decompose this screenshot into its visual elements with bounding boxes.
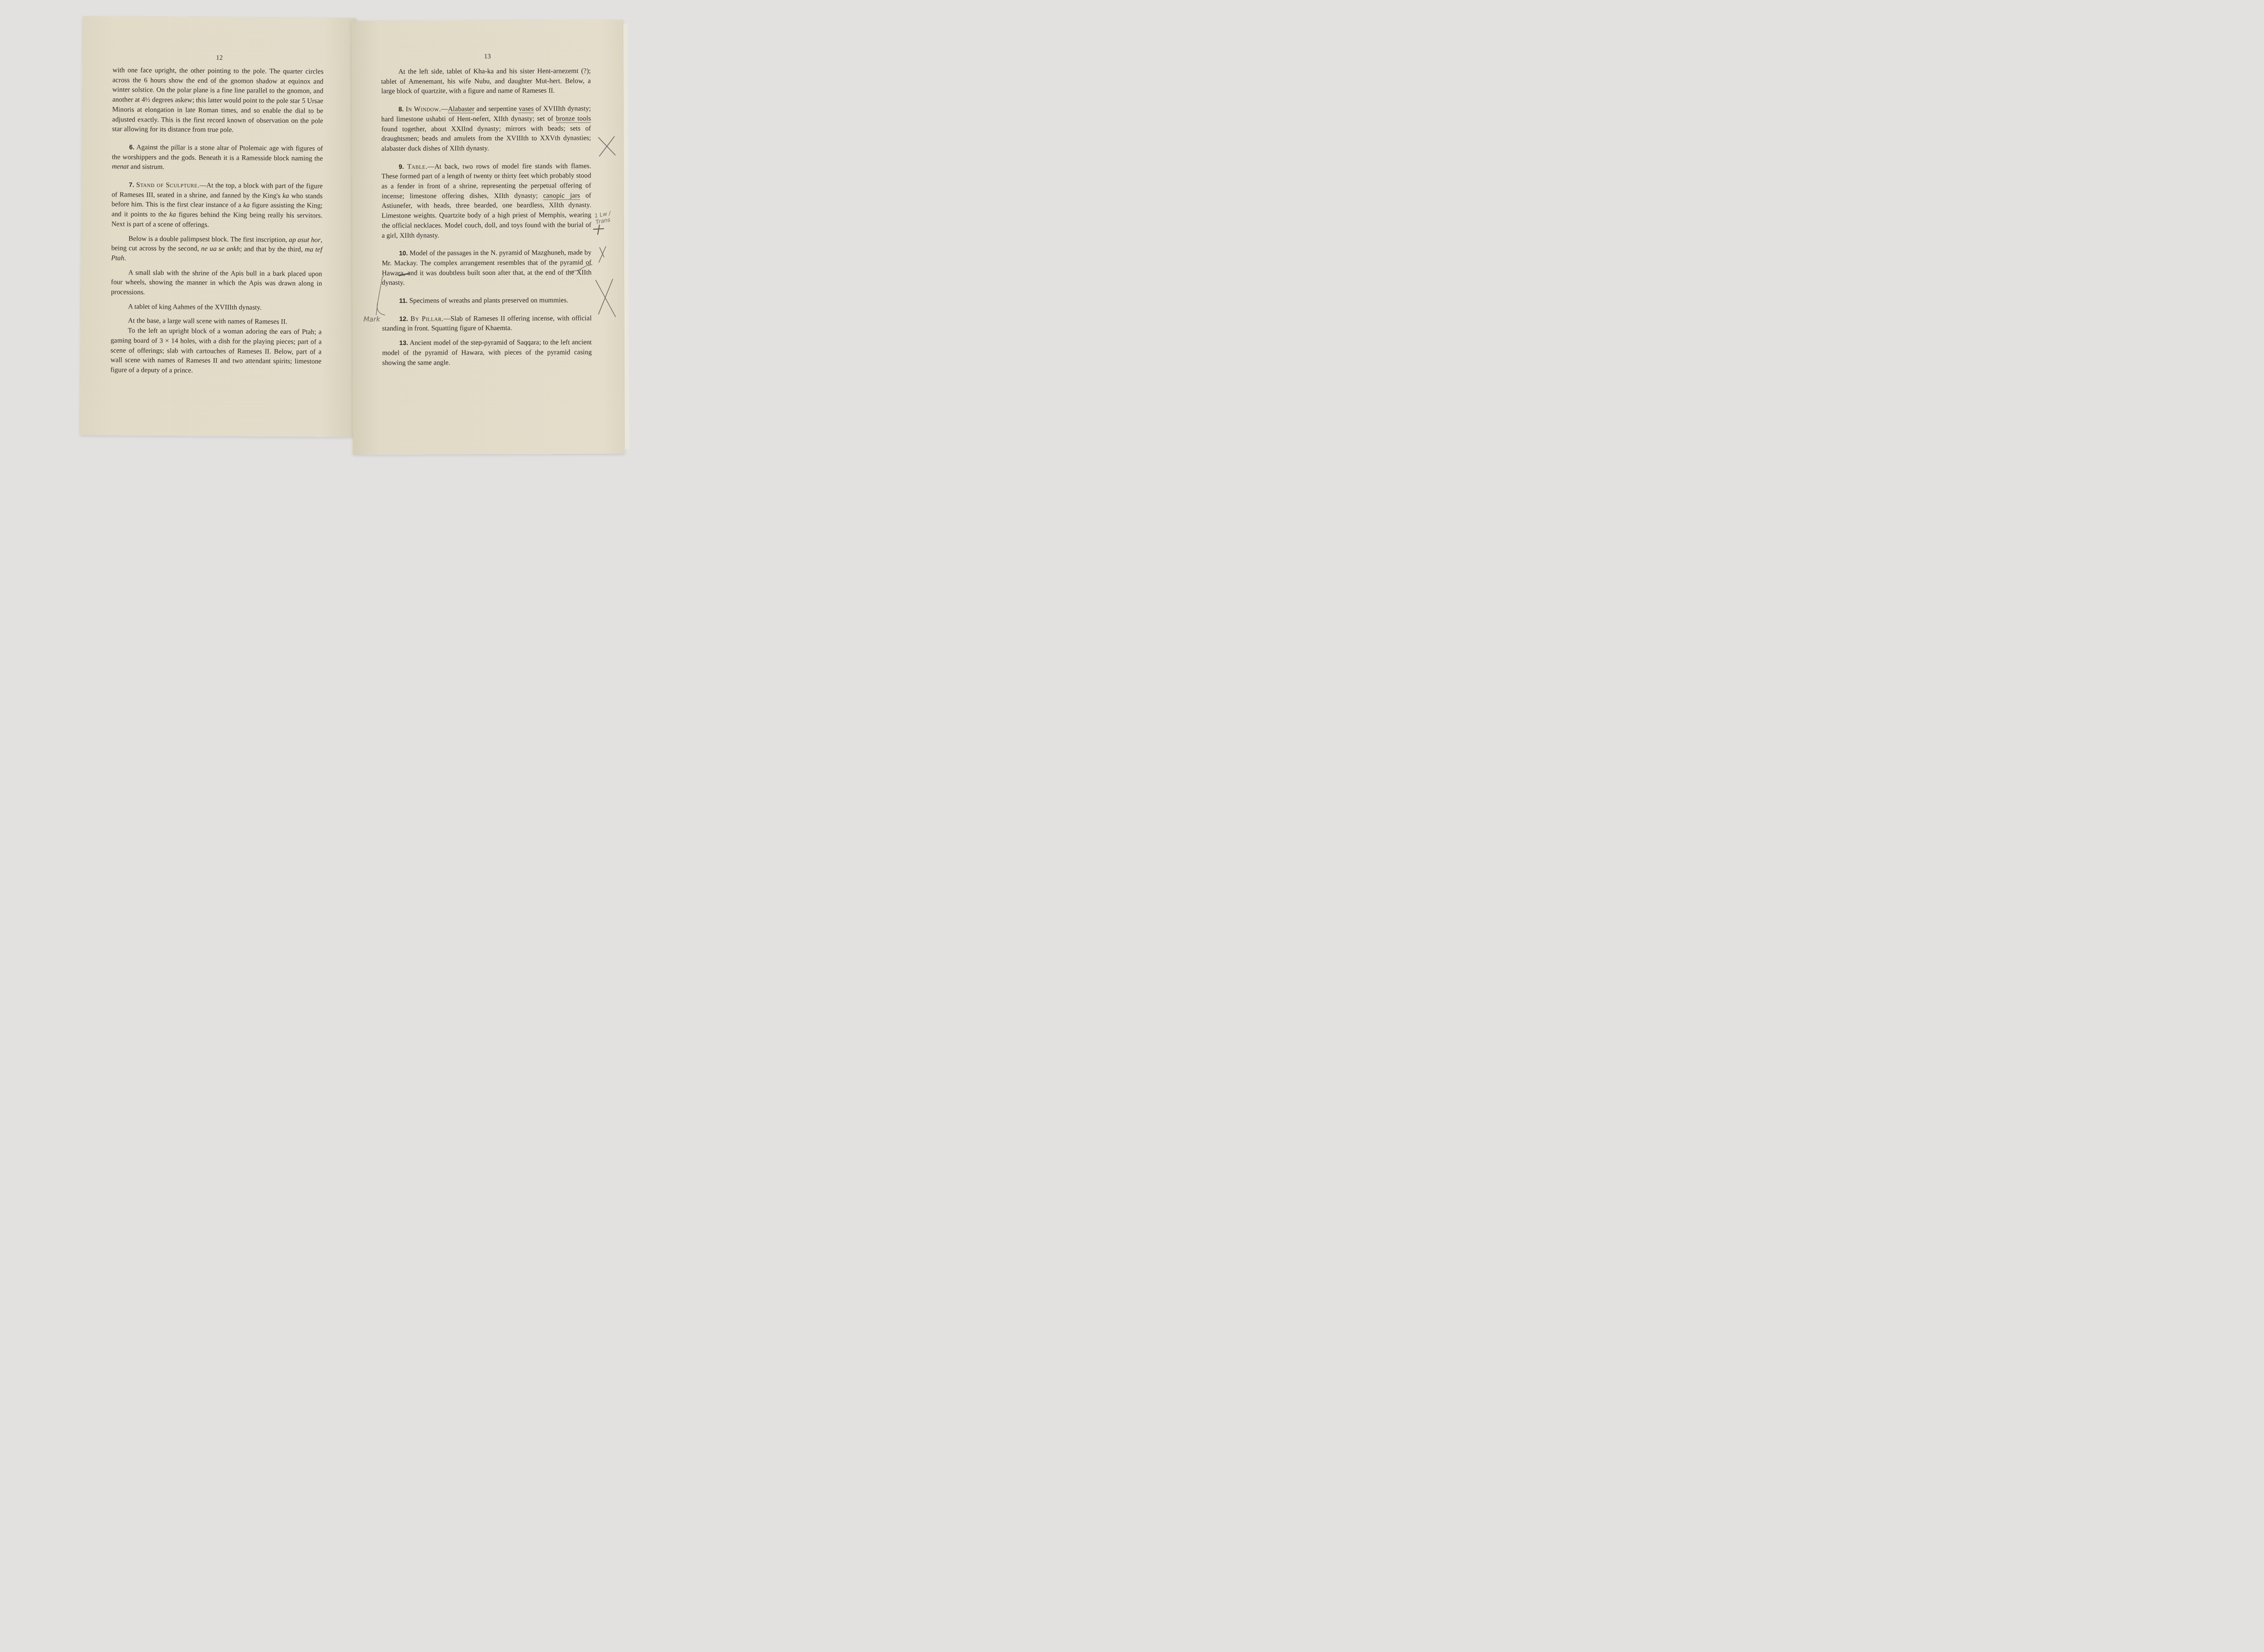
paragraph-palimpsest: Below is a double palimpsest block. The … xyxy=(111,234,322,264)
item-10: 10. Model of the passages in the N. pyra… xyxy=(382,248,591,288)
right-page: 13 At the left side, tablet of Kha-ka an… xyxy=(351,20,624,455)
item-number: 7. xyxy=(129,181,134,188)
item-number: 13. xyxy=(399,339,408,346)
item-11: 11. Specimens of wreaths and plants pres… xyxy=(382,295,591,306)
left-page: 12 with one face upright, the other poin… xyxy=(80,16,356,437)
right-page-body: At the left side, tablet of Kha-ka and h… xyxy=(381,66,592,368)
item-number: 6. xyxy=(129,144,134,151)
paragraph-continuation: with one face upright, the other pointin… xyxy=(112,65,323,135)
pencil-underline: Alabaster xyxy=(448,105,475,113)
item-number: 11. xyxy=(399,297,408,304)
item-heading: In Window. xyxy=(406,105,441,113)
pencil-underline: vases xyxy=(518,105,533,113)
pencil-underline: bronze tools xyxy=(556,115,591,123)
left-page-body: with one face upright, the other pointin… xyxy=(110,65,324,376)
paragraph-left-block: To the left an upright block of a woman … xyxy=(110,326,322,377)
item-heading: By Pillar. xyxy=(410,315,443,322)
item-7: 7. Stand of Sculpture.—At the top, a blo… xyxy=(111,180,323,231)
pencil-x-mark-icon xyxy=(595,278,617,321)
pencil-note: 1 Lw / Trans xyxy=(594,208,625,226)
paragraph-aahmes: A tablet of king Aahmes of the XVIIIth d… xyxy=(111,302,322,313)
page-edge xyxy=(623,24,629,449)
paragraph-apis: A small slab with the shrine of the Apis… xyxy=(111,268,322,298)
pencil-x-mark-icon xyxy=(597,245,608,265)
pencil-plus-mark-icon xyxy=(592,224,606,237)
item-number: 10. xyxy=(399,250,408,257)
item-9: 9. Table.—At back, two rows of model fir… xyxy=(381,161,591,240)
item-heading: Stand of Sculpture. xyxy=(136,181,200,189)
item-12: 12. By Pillar.—Slab of Rameses II offeri… xyxy=(382,313,592,334)
item-number: 12. xyxy=(399,315,408,322)
page-number-left: 12 xyxy=(83,53,356,63)
item-6: 6. Against the pillar is a stone altar o… xyxy=(112,142,323,173)
item-8: 8. In Window.—Alabaster and serpentine v… xyxy=(381,104,591,154)
pencil-note: Mark xyxy=(364,315,380,323)
paragraph-left-side: At the left side, tablet of Kha-ka and h… xyxy=(381,66,591,96)
item-number: 8. xyxy=(398,106,404,113)
page-number-right: 13 xyxy=(352,53,624,61)
pencil-x-mark-icon xyxy=(596,135,617,159)
pencil-underline: canopic jars xyxy=(543,192,580,200)
item-13: 13. Ancient model of the step-pyramid of… xyxy=(382,337,592,368)
item-number: 9. xyxy=(398,163,404,170)
item-heading: Table. xyxy=(407,163,427,170)
